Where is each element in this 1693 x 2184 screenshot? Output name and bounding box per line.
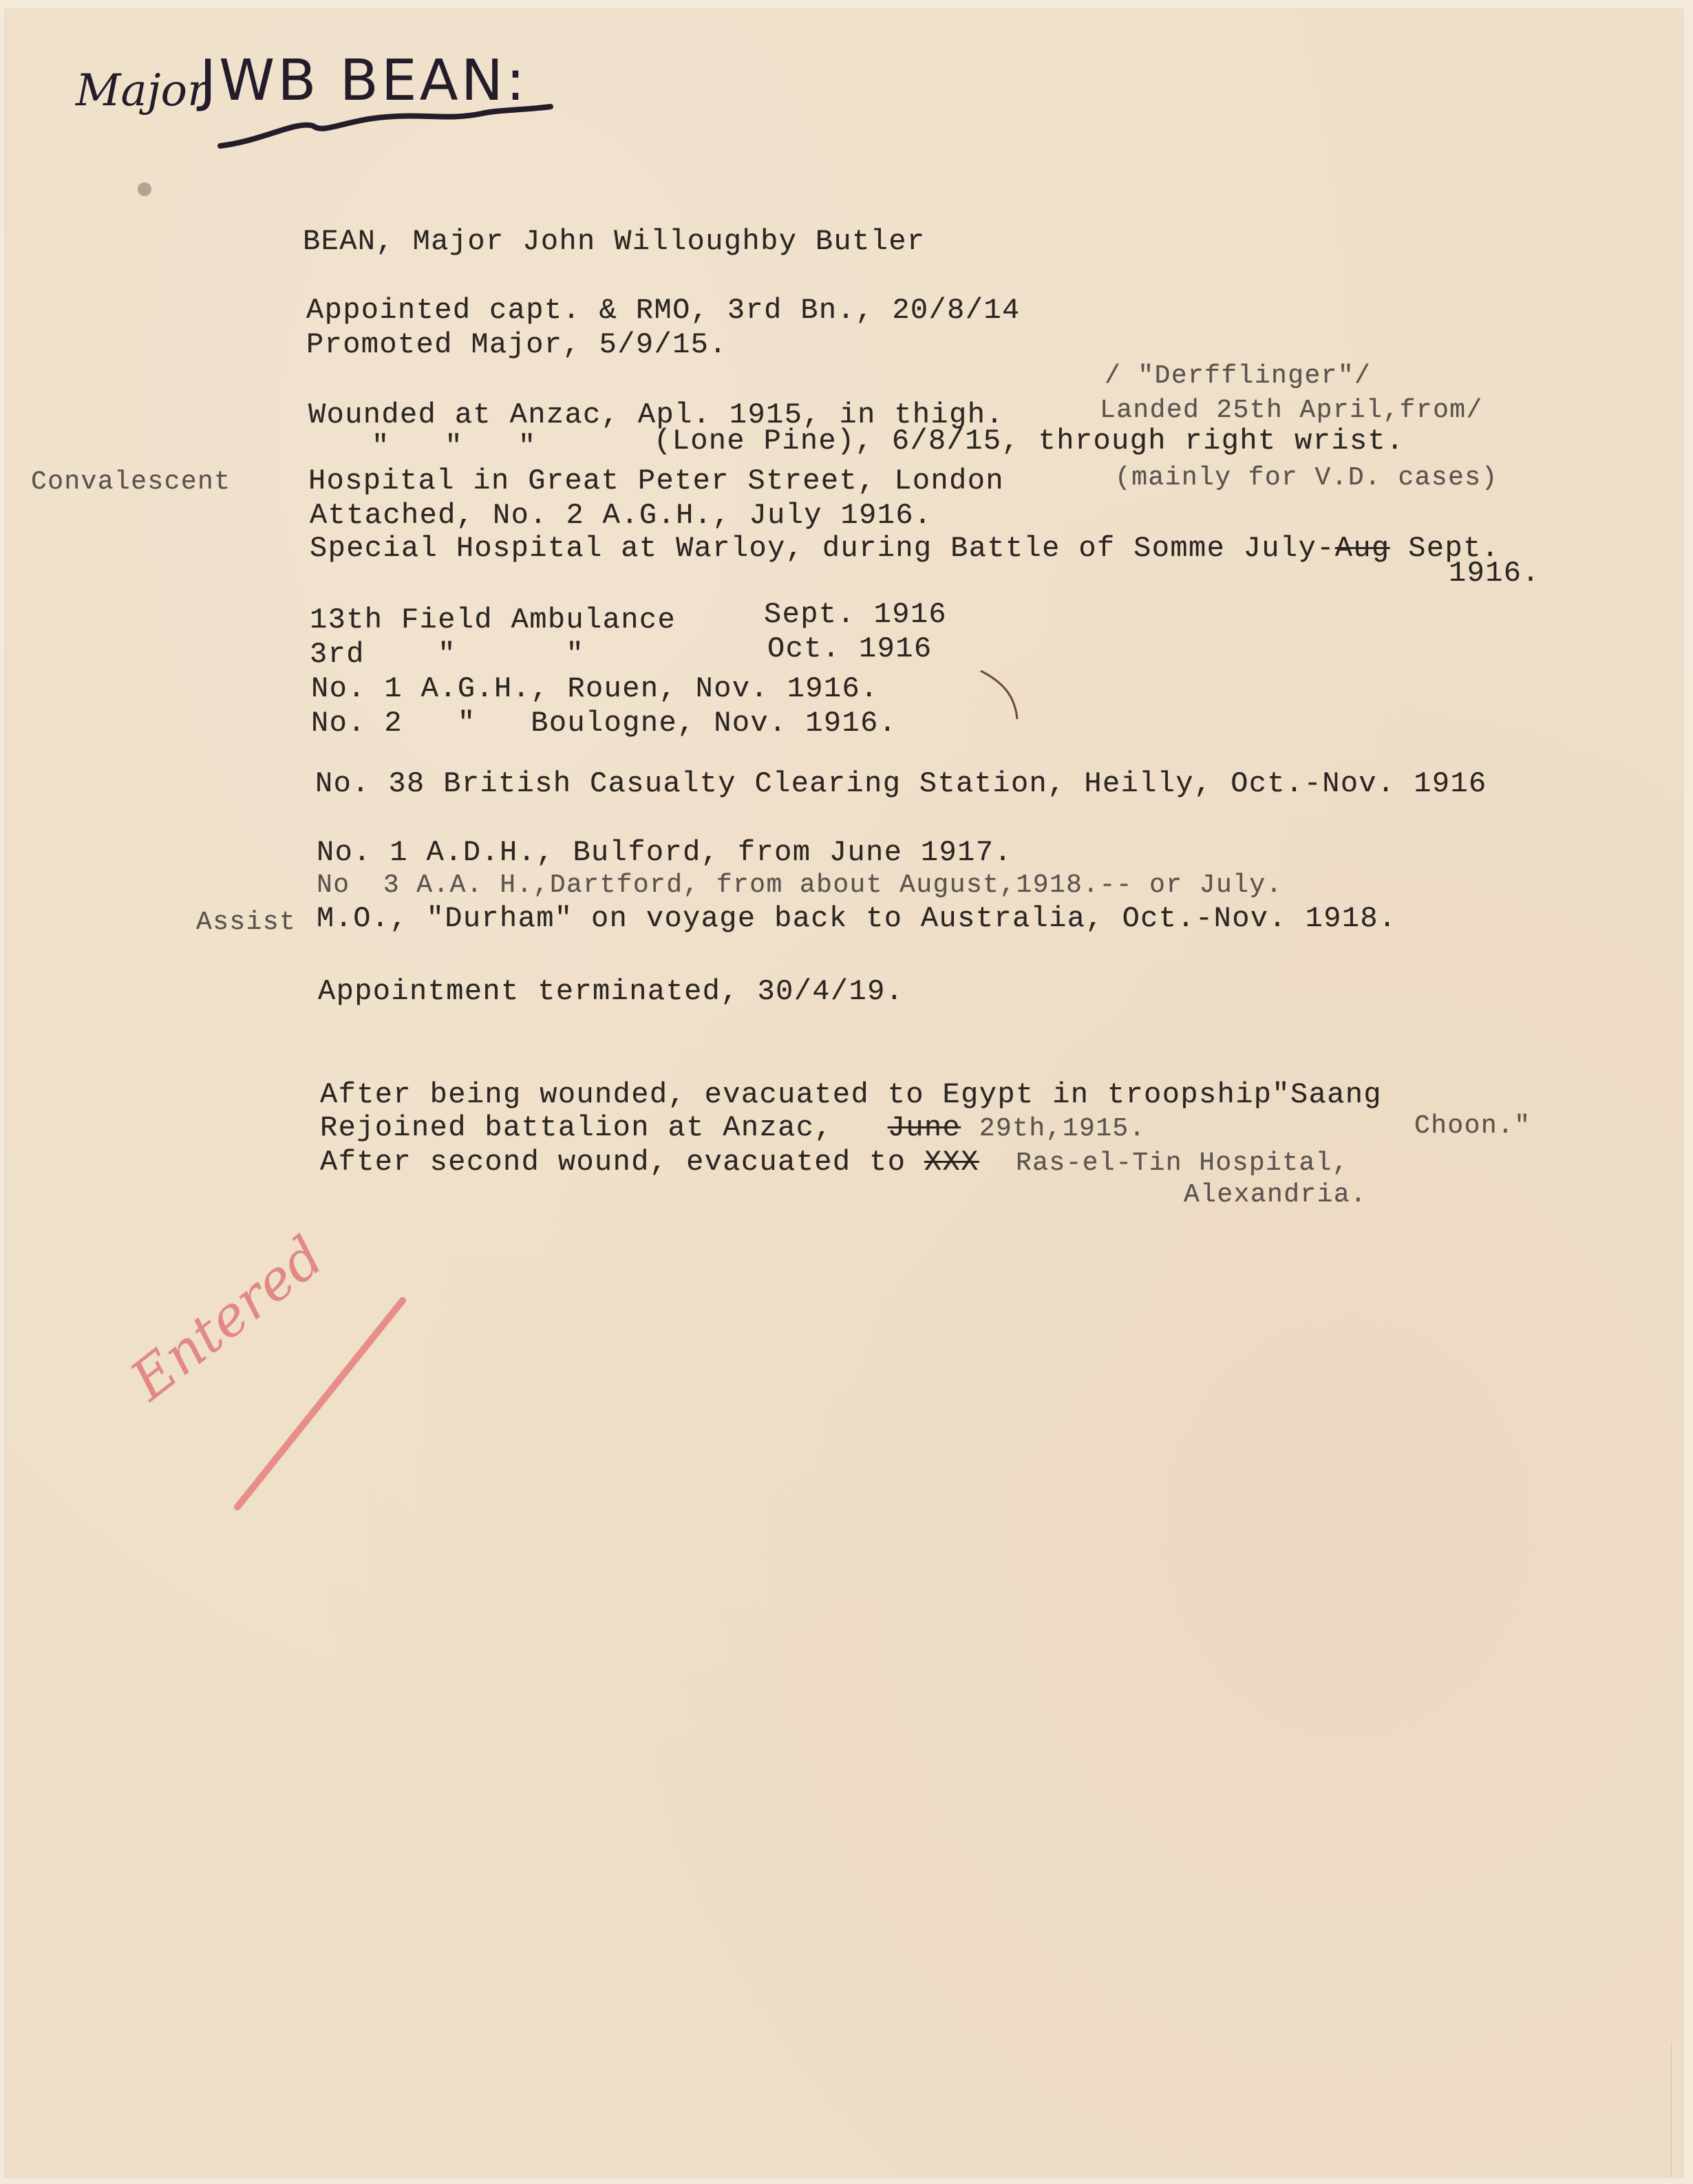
- evacuation-line-2: Rejoined battalion at Anzac, June 29th,1…: [320, 1113, 1146, 1142]
- later-service-line-3: M.O., "Durham" on voyage back to Austral…: [317, 904, 1397, 933]
- ditto-marks: " " ": [372, 432, 536, 461]
- evacuation-line-4: Alexandria.: [1184, 1182, 1367, 1208]
- ink-smudge: [138, 182, 151, 196]
- unit-row-2-date: Oct. 1916: [767, 634, 932, 663]
- margin-note-convalescent: Convalescent: [31, 469, 231, 495]
- hospital-line-3: Special Hospital at Warloy, during Battl…: [310, 534, 1500, 563]
- pencil-bracket: [981, 671, 1017, 719]
- hospital-line-1: Hospital in Great Peter Street, London: [308, 467, 1004, 495]
- unit-row-4: No. 2 " Boulogne, Nov. 1916.: [311, 709, 897, 738]
- wound-line-2: (Lone Pine), 6/8/15, through right wrist…: [654, 427, 1405, 456]
- struck-text: Aug: [1335, 532, 1390, 565]
- hospital-line-2: Attached, No. 2 A.G.H., July 1916.: [310, 501, 933, 530]
- promotion-line: Promoted Major, 5/9/15.: [306, 330, 727, 359]
- ship-name-continued: Choon.": [1414, 1113, 1531, 1139]
- later-service-line-1: No. 1 A.D.H., Bulford, from June 1917.: [317, 838, 1012, 867]
- unit-row-3: No. 1 A.G.H., Rouen, Nov. 1916.: [311, 674, 879, 703]
- margin-note-assist: Assist: [196, 910, 296, 936]
- unit-row-1: 13th Field Ambulance: [310, 606, 676, 634]
- hospital-year: 1916.: [1449, 559, 1540, 588]
- termination-line: Appointment terminated, 30/4/19.: [318, 977, 904, 1006]
- page-title: BEAN, Major John Willoughby Butler: [303, 227, 926, 256]
- landed-note: Landed 25th April,from/: [1100, 398, 1483, 424]
- later-service-line-2: No 3 A.A. H.,Dartford, from about August…: [317, 872, 1283, 899]
- vd-cases-note: (mainly for V.D. cases): [1115, 465, 1498, 491]
- ccs-line: No. 38 British Casualty Clearing Station…: [315, 769, 1487, 798]
- struck-text: XXX: [924, 1146, 979, 1179]
- evacuation-line-3: After second wound, evacuated to XXX Ras…: [320, 1148, 1349, 1177]
- unit-row-2: 3rd " ": [310, 640, 584, 669]
- appointment-line: Appointed capt. & RMO, 3rd Bn., 20/8/14: [306, 296, 1021, 325]
- struck-text: June: [888, 1111, 961, 1144]
- derfflinger-insert: / "Derfflinger"/: [1105, 363, 1371, 389]
- evacuation-line-1: After being wounded, evacuated to Egypt …: [320, 1080, 1382, 1109]
- unit-row-1-date: Sept. 1916: [764, 600, 947, 629]
